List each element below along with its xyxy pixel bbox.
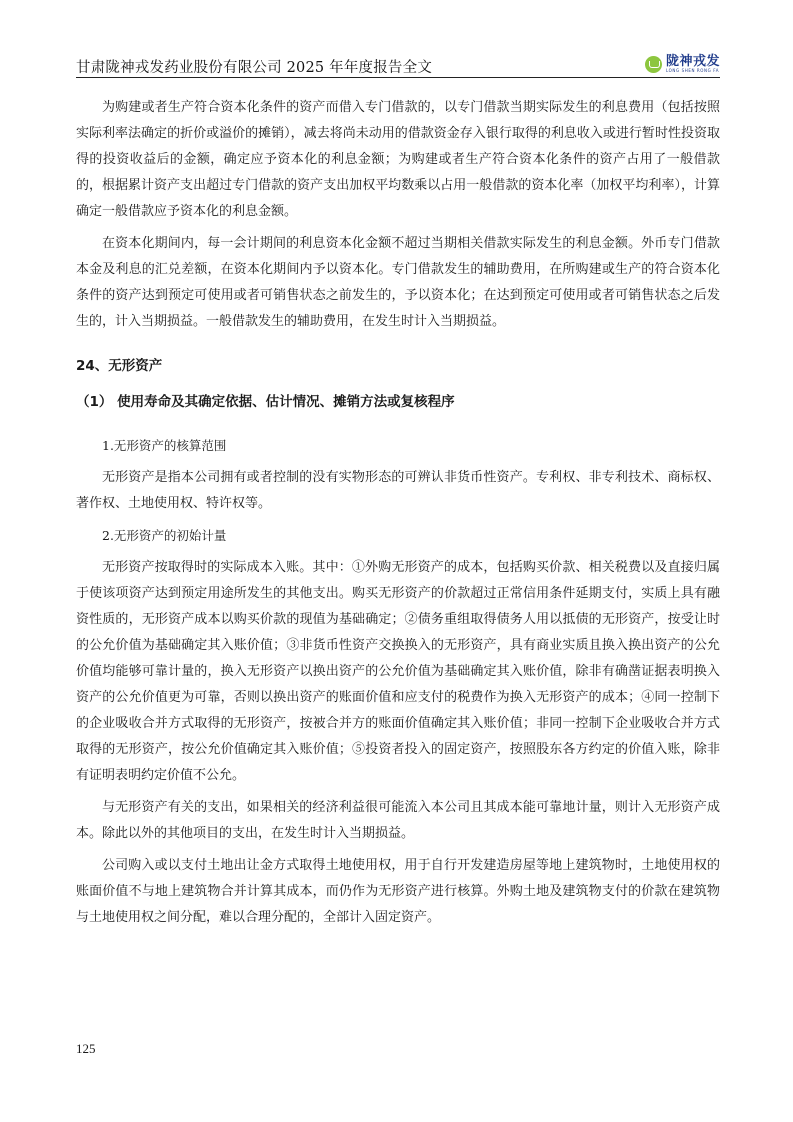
company-logo: 陇神戎发 LONG SHEN RONG FA — [645, 52, 720, 76]
paragraph-scope: 无形资产是指本公司拥有或者控制的没有实物形态的可辨认非货币性资产。专利权、非专利… — [76, 465, 720, 517]
logo-leaf-icon — [645, 56, 662, 73]
paragraph-capitalization-interest: 为购建或者生产符合资本化条件的资产而借入专门借款的，以专门借款当期实际发生的利息… — [76, 95, 720, 225]
item-heading-scope: 1.无形资产的核算范围 — [76, 433, 720, 459]
paragraph-initial-measurement: 无形资产按取得时的实际成本入账。其中：①外购无形资产的成本，包括购买价款、相关税… — [76, 555, 720, 789]
document-body: 为购建或者生产符合资本化条件的资产而借入专门借款的，以专门借款当期实际发生的利息… — [76, 95, 720, 937]
paragraph-land-use-rights: 公司购入或以支付土地出让金方式取得土地使用权，用于自行开发建造房屋等地上建筑物时… — [76, 853, 720, 931]
item-heading-initial-measurement: 2.无形资产的初始计量 — [76, 523, 720, 549]
logo-text: 陇神戎发 LONG SHEN RONG FA — [666, 55, 720, 73]
header-divider — [76, 77, 720, 78]
page-header: 甘肃陇神戎发药业股份有限公司 2025 年年度报告全文 陇神戎发 LONG SH… — [76, 52, 720, 78]
page-number: 125 — [76, 1041, 96, 1057]
paragraph-capitalization-period: 在资本化期间内，每一会计期间的利息资本化金额不超过当期相关借款实际发生的利息金额… — [76, 231, 720, 335]
report-title: 甘肃陇神戎发药业股份有限公司 2025 年年度报告全文 — [76, 56, 432, 77]
paragraph-related-expenditure: 与无形资产有关的支出，如果相关的经济利益很可能流入本公司且其成本能可靠地计量，则… — [76, 795, 720, 847]
section-heading: 24、无形资产 — [76, 353, 720, 379]
logo-name-en: LONG SHEN RONG FA — [666, 69, 720, 73]
subsection-heading: （1） 使用寿命及其确定依据、估计情况、摊销方法或复核程序 — [76, 389, 720, 415]
logo-name-cn: 陇神戎发 — [666, 55, 720, 68]
